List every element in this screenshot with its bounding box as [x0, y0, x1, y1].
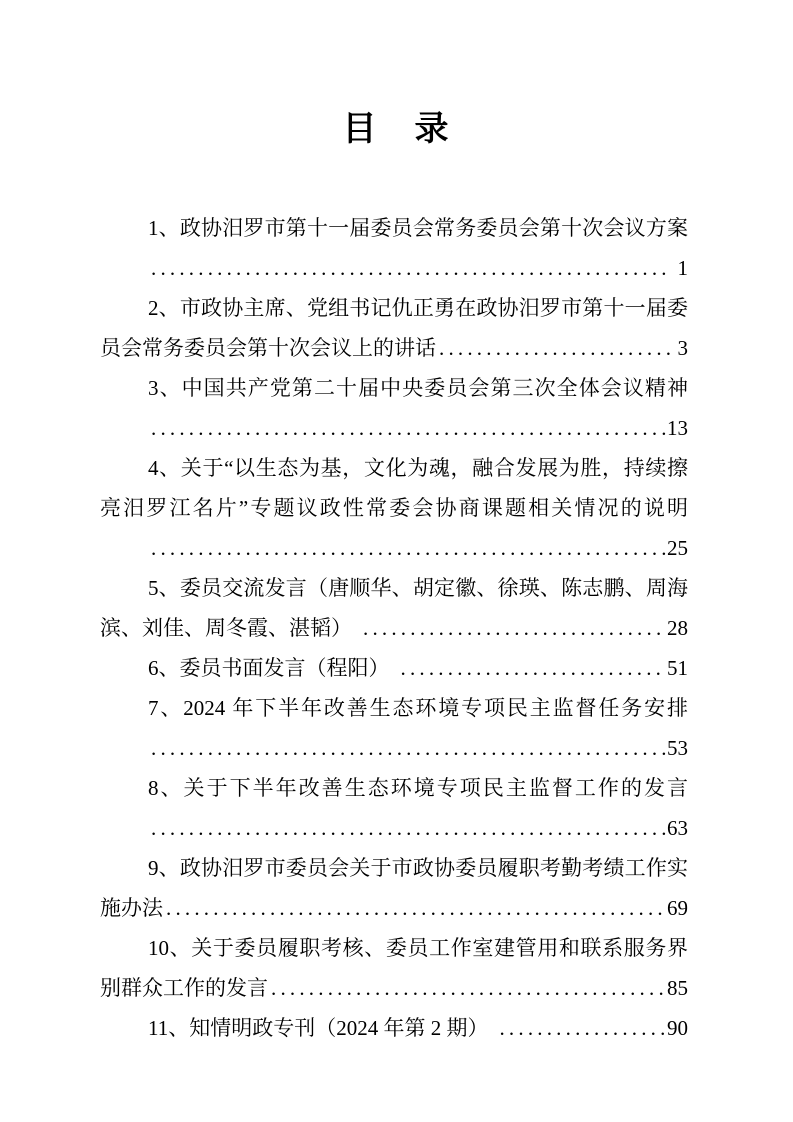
toc-line-20: 别群众工作的发言................................… [100, 968, 688, 1008]
toc-line-text: 2、市政协主席、党组书记仇正勇在政协汨罗市第十一届委 [148, 296, 688, 320]
toc-line-text: 滨、刘佳、周冬霞、湛韬） [100, 608, 352, 648]
dot-leader: ........................................… [166, 888, 666, 928]
toc-line-11: 滨、刘佳、周冬霞、湛韬）............................… [100, 608, 688, 648]
toc-line-text: 施办法 [100, 888, 163, 928]
toc-line-text: 11、知情明政专刊（2024 年第 2 期） [148, 1008, 488, 1048]
toc-line-text: 4、关于“以生态为基，文化为魂，融合发展为胜，持续擦 [148, 456, 688, 480]
page-number: 1 [678, 248, 689, 288]
dot-leader: ........................................… [401, 648, 667, 688]
page-number: 85 [667, 968, 688, 1008]
table-of-contents: 1、政协汨罗市第十一届委员会常务委员会第十次会议方案..............… [100, 208, 688, 1048]
toc-line-6: ........................................… [100, 408, 688, 448]
toc-line-text: 7、2024 年下半年改善生态环境专项民主监督任务安排 [148, 696, 688, 720]
page-number: 25 [667, 528, 688, 568]
toc-line-4: 员会常务委员会第十次会议上的讲话........................… [100, 328, 688, 368]
page-number: 53 [667, 728, 688, 768]
toc-line-text: 1、政协汨罗市第十一届委员会常务委员会第十次会议方案 [148, 216, 688, 240]
dot-leader: ........................................… [151, 248, 670, 288]
page-number: 90 [667, 1008, 688, 1048]
toc-line-9: ........................................… [100, 528, 688, 568]
toc-line-21: 11、知情明政专刊（2024 年第 2 期）..................… [100, 1008, 688, 1048]
page-number: 13 [667, 408, 688, 448]
dot-leader: ........................................… [151, 528, 666, 568]
toc-line-19: 10、关于委员履职考核、委员工作室建管用和联系服务界 [100, 928, 688, 968]
page-number: 28 [667, 608, 688, 648]
page-number: 63 [667, 808, 688, 848]
dot-leader: ........................................… [363, 608, 666, 648]
toc-line-10: 5、委员交流发言（唐顺华、胡定徽、徐瑛、陈志鹏、周海 [100, 568, 688, 608]
toc-line-text: 5、委员交流发言（唐顺华、胡定徽、徐瑛、陈志鹏、周海 [148, 576, 688, 600]
page-number: 51 [667, 648, 688, 688]
toc-line-text: 员会常务委员会第十次会议上的讲话 [100, 328, 436, 368]
toc-line-14: ........................................… [100, 728, 688, 768]
dot-leader: ........................................… [151, 808, 666, 848]
toc-line-text: 8、关于下半年改善生态环境专项民主监督工作的发言 [148, 776, 688, 800]
toc-line-13: 7、2024 年下半年改善生态环境专项民主监督任务安排 [100, 688, 688, 728]
toc-line-5: 3、中国共产党第二十届中央委员会第三次全体会议精神 [100, 368, 688, 408]
page-number: 69 [667, 888, 688, 928]
toc-line-3: 2、市政协主席、党组书记仇正勇在政协汨罗市第十一届委 [100, 288, 688, 328]
document-page: 目 录 1、政协汨罗市第十一届委员会常务委员会第十次会议方案..........… [0, 0, 793, 1122]
toc-line-text: 6、委员书面发言（程阳） [148, 648, 390, 688]
toc-line-12: 6、委员书面发言（程阳）............................… [100, 648, 688, 688]
page-title: 目 录 [0, 106, 793, 152]
toc-line-text: 3、中国共产党第二十届中央委员会第三次全体会议精神 [148, 376, 688, 400]
toc-line-text: 9、政协汨罗市委员会关于市政协委员履职考勤考绩工作实 [148, 856, 688, 880]
toc-line-1: 1、政协汨罗市第十一届委员会常务委员会第十次会议方案 [100, 208, 688, 248]
dot-leader: ........................................… [151, 408, 666, 448]
toc-line-text: 亮汨罗江名片”专题议政性常委会协商课题相关情况的说明 [100, 496, 688, 520]
toc-line-15: 8、关于下半年改善生态环境专项民主监督工作的发言 [100, 768, 688, 808]
page-number: 3 [678, 328, 689, 368]
toc-line-16: ........................................… [100, 808, 688, 848]
toc-line-7: 4、关于“以生态为基，文化为魂，融合发展为胜，持续擦 [100, 448, 688, 488]
toc-line-18: 施办法.....................................… [100, 888, 688, 928]
dot-leader: ........................................… [271, 968, 666, 1008]
toc-line-text: 10、关于委员履职考核、委员工作室建管用和联系服务界 [148, 936, 688, 960]
dot-leader: ........................................… [499, 1008, 666, 1048]
dot-leader: ........................................… [151, 728, 666, 768]
dot-leader: ........................................… [439, 328, 670, 368]
toc-line-8: 亮汨罗江名片”专题议政性常委会协商课题相关情况的说明 [100, 488, 688, 528]
toc-line-17: 9、政协汨罗市委员会关于市政协委员履职考勤考绩工作实 [100, 848, 688, 888]
toc-line-text: 别群众工作的发言 [100, 968, 268, 1008]
toc-line-2: ........................................… [100, 248, 688, 288]
